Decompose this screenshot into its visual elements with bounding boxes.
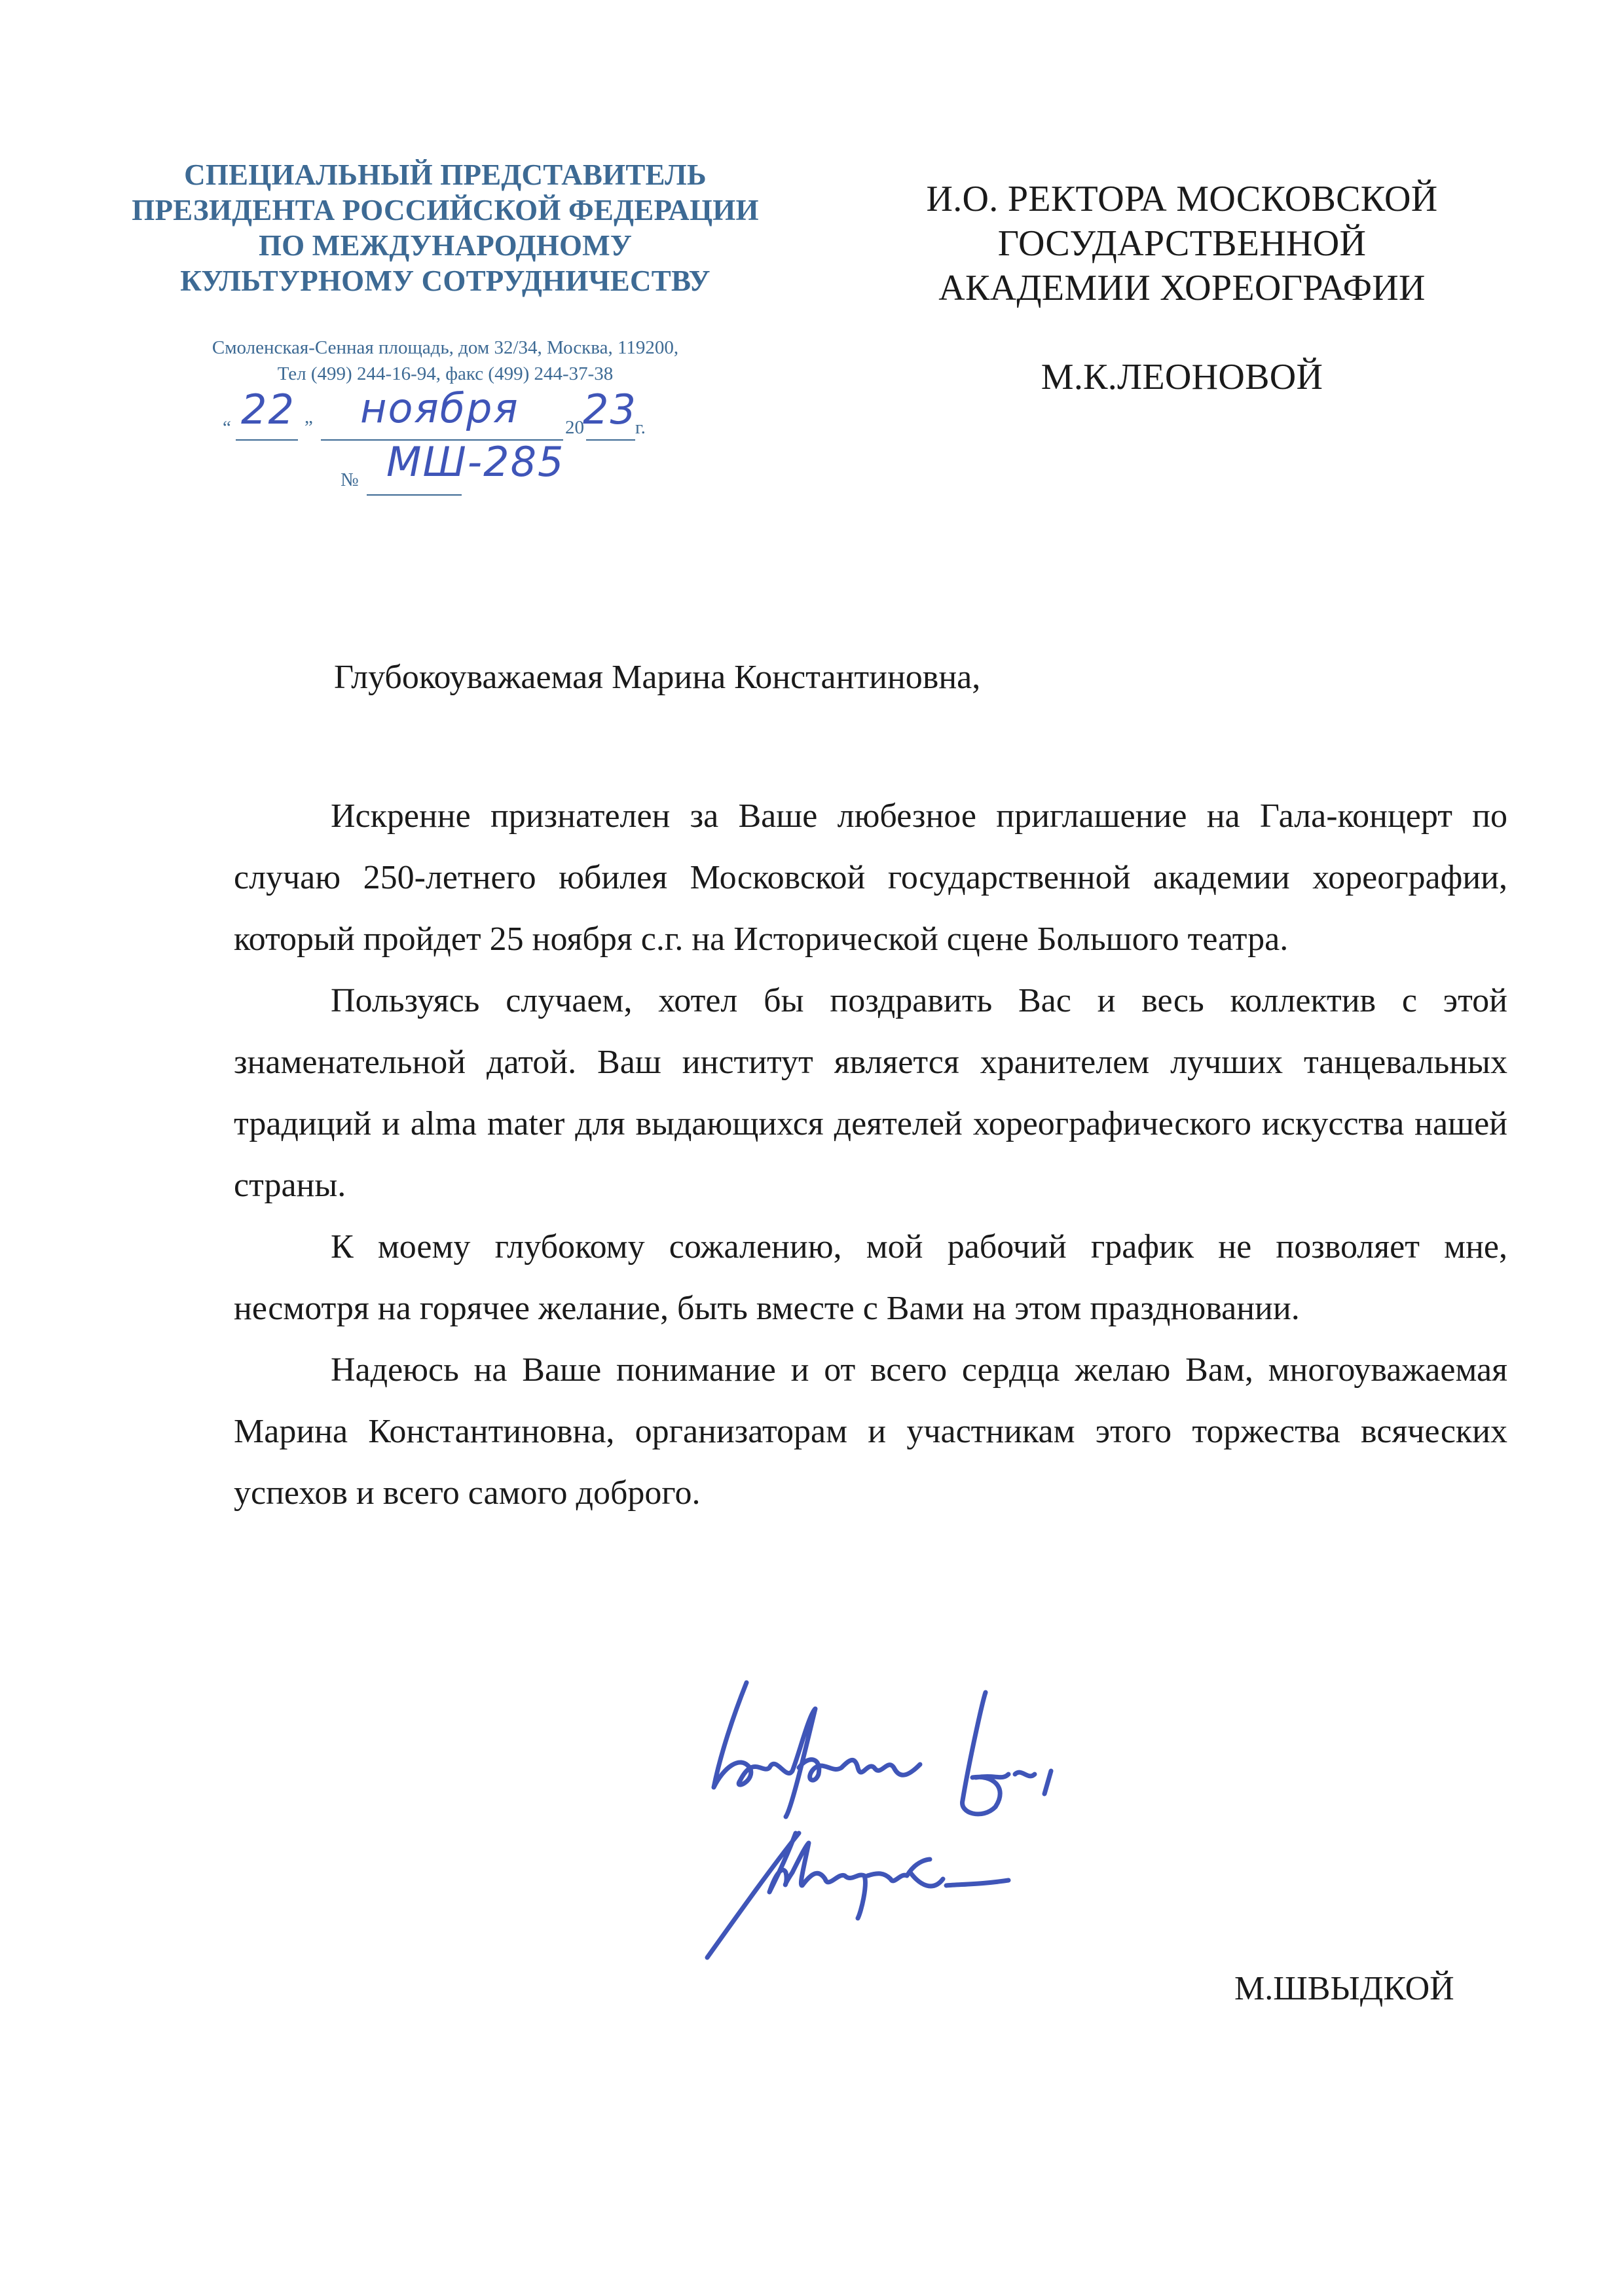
letterhead-phone: Тел (499) 244-16-94, факс (499) 244-37-3… xyxy=(124,361,766,387)
date-year-unit: г. xyxy=(635,417,646,439)
number-handwritten: МШ-285 xyxy=(386,438,565,486)
salutation: Глубокоуважаемая Марина Константиновна, xyxy=(334,658,980,697)
date-day-handwritten: 22 xyxy=(241,386,295,433)
addressee-block: И.О. РЕКТОРА МОСКОВСКОЙ ГОСУДАРСТВЕННОЙ … xyxy=(871,177,1493,399)
letterhead-contacts: Смоленская-Сенная площадь, дом 32/34, Мо… xyxy=(124,335,766,387)
date-close-quote: ” xyxy=(304,417,313,439)
addressee-name: М.К.ЛЕОНОВОЙ xyxy=(871,355,1493,399)
letter-number: № МШ-285 xyxy=(124,447,766,500)
letterhead-address: Смоленская-Сенная площадь, дом 32/34, Мо… xyxy=(124,335,766,361)
addressee-line: ГОСУДАРСТВЕННОЙ xyxy=(871,221,1493,266)
date-year-handwritten: 23 xyxy=(583,386,637,433)
body-paragraph: Пользуясь случаем, хотел бы поздравить В… xyxy=(234,970,1507,1216)
letterhead-title-line: КУЛЬТУРНОМУ СОТРУДНИЧЕСТВУ xyxy=(124,263,766,299)
date-year-blank xyxy=(586,439,635,441)
date-year-prefix: 20 xyxy=(565,417,584,439)
number-blank xyxy=(367,494,462,496)
letterhead-title-line: СПЕЦИАЛЬНЫЙ ПРЕДСТАВИТЕЛЬ xyxy=(124,157,766,192)
signer-name: М.ШВЫДКОЙ xyxy=(1234,1969,1454,2008)
date-day-blank xyxy=(236,439,298,441)
body-paragraph: К моему глубокому сожалению, мой рабочий… xyxy=(234,1216,1507,1339)
date-month-handwritten: ноября xyxy=(360,384,519,432)
body-paragraph: Надеюсь на Ваше понимание и от всего сер… xyxy=(234,1339,1507,1524)
body-paragraph: Искренне признателен за Ваше любезное пр… xyxy=(234,786,1507,970)
addressee-line: АКАДЕМИИ ХОРЕОГРАФИИ xyxy=(871,266,1493,310)
letterhead-title-line: ПО МЕЖДУНАРОДНОМУ xyxy=(124,228,766,263)
addressee-line: И.О. РЕКТОРА МОСКОВСКОЙ xyxy=(871,177,1493,221)
letter-body: Искренне признателен за Ваше любезное пр… xyxy=(234,786,1507,1524)
date-open-quote: “ xyxy=(223,417,231,439)
letterhead-title: СПЕЦИАЛЬНЫЙ ПРЕДСТАВИТЕЛЬ ПРЕЗИДЕНТА РОС… xyxy=(124,157,766,299)
handwritten-signature-icon xyxy=(694,1676,1447,2016)
number-label: № xyxy=(341,469,359,491)
letterhead-title-line: ПРЕЗИДЕНТА РОССИЙСКОЙ ФЕДЕРАЦИИ xyxy=(124,192,766,228)
letterhead: СПЕЦИАЛЬНЫЙ ПРЕДСТАВИТЕЛЬ ПРЕЗИДЕНТА РОС… xyxy=(124,157,766,500)
